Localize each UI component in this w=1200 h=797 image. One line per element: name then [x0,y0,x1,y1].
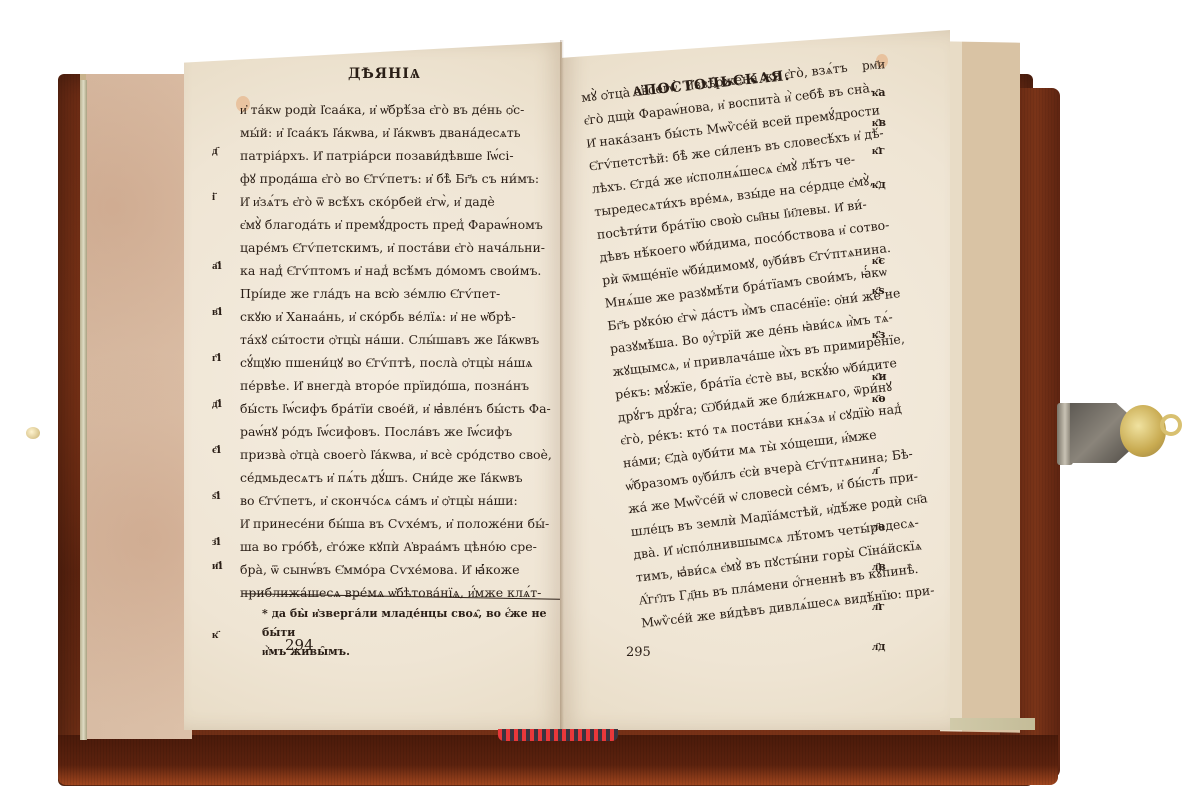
text-line: ка над̾ Є҆гѵ́птомъ и҆ над̾ всѣ́мъ до́мом… [240,259,560,282]
verse-number: к҃в [872,116,886,129]
text-line: Прі́иде же гла́дъ на всю̀ зе́млю Є҆гѵ́пе… [240,282,560,305]
verse-number: ѕ҃і [212,489,220,502]
verse-number: л҃г [872,600,885,613]
verse-number: к҃г [872,144,885,157]
text-line: є҆мꙋ̀ благода́ть и҆ премꙋ́дрость пред̾ Ф… [240,213,560,236]
right-page-text: мꙋ̀ ѻ҆тца̀ своегѡ̀. И҆звѣ́ржена же є҆го̀… [580,50,960,635]
verse-number: і҃ [212,190,215,203]
clasp-ring [1160,414,1182,436]
text-line: фꙋ прода́ша є҆го̀ во Є҆гѵ́петъ: и҆ бѣ̀ Б… [240,167,560,190]
left-page-number: 294 [285,636,314,654]
text-line: бы́сть І҆ѡ́сифъ бра́тїи свое́й, и҆ ꙗ҆вле… [240,397,560,420]
text-line: во Є҆гѵ́петъ, и҆ скончა́сѧ са́мъ и҆ ѻ҆тц… [240,489,560,512]
text-line: се́дмьдесѧтъ и҆ пѧ́ть дꙋ́шъ. Сни́де же І… [240,466,560,489]
verse-number: к҃ѕ [872,284,885,297]
right-page-edges [940,41,1020,732]
verse-number: к҃ [212,628,218,641]
text-line: пе́рвѣе. И҆ внегда̀ второ́е прїидо́ша, п… [240,374,560,397]
verse-number: л҃а [872,520,885,533]
text-line: И҆ принесе́ни бы́ша въ Сѵхе́мъ, и҆ полож… [240,512,560,535]
verse-number: л҃в [872,560,886,573]
text-line: царе́мъ Є҆гѵ́петскимъ, и҆ поста́ви є҆го̀… [240,236,560,259]
verse-number: є҃і [212,443,221,456]
verse-number: и҃і [212,559,223,572]
text-line: призва̀ ѻ҆тца̀ своего̀ І҆а́кѡва, и҆ всѐ … [240,443,560,466]
text-line: и҆ та́кѡ родѝ І҆саа́ка, и҆ ѡ҆брѣ́за є҆го… [240,98,560,121]
verse-number: а҃і [212,259,222,272]
left-running-head: ДѢЯНІѦ [348,66,421,83]
verse-number: к҃ѳ [872,392,886,405]
verse-number: л҃ [872,464,878,477]
verse-number: д҃ [212,144,218,157]
text-line: патріа́рхъ. И҆ патріа́рси позави́дѣвше І… [240,144,560,167]
verse-number: к҃з [872,328,885,341]
text-line: мы́й: и҆ І҆саа́къ І҆а́кѡва, и҆ І҆а́кѡвъ … [240,121,560,144]
verse-number: к҃и [872,370,887,383]
verse-number: л҃д [872,640,886,653]
verse-number: в҃і [212,305,222,318]
verse-number: з҃і [212,535,221,548]
left-page-edges [80,74,192,739]
verse-number: г҃і [212,351,221,364]
clasp-pin [26,427,40,439]
text-line: ша во гро́бѣ, є҆го́же кꙋпѝ А҆враа́мъ цѣн… [240,535,560,558]
verse-number: к҃є [872,254,885,267]
text-line: сꙋ́щꙋю пшени́цꙋ во Є҆гѵ́птѣ, посла̀ ѻ҆тц… [240,351,560,374]
right-page-number: 295 [626,645,651,660]
clasp-brass-knob [1120,405,1166,457]
text-line: раѡ́нꙋ ро́дъ І҆ѡ́сифовъ. Посла́въ же І҆ѡ… [240,420,560,443]
text-line: та́хꙋ сы́тости ѻ҆тцы̀ на́ши. Слы́шавъ же… [240,328,560,351]
text-line: скꙋю и҆ Ханаа́нь, и҆ ско́рбь ве́лїѧ: и҆ … [240,305,560,328]
text-line: бра̀, ѿ сынѡ́въ Є҆ммо́ра Сѵхе́мова. И҆ ꙗ… [240,558,560,581]
text-line: приближа́шесѧ вре́мѧ ѡ҆бѣтова́нїѧ, и҆́мж… [240,581,560,604]
verse-number: д҃і [212,397,222,410]
left-page-text: и҆ та́кѡ родѝ І҆саа́ка, и҆ ѡ҆брѣ́за є҆го… [240,98,560,604]
photo-scene: ДѢЯНІѦ и҆ та́кѡ родѝ І҆саа́ка, и҆ ѡ҆брѣ́… [0,0,1200,797]
text-line: И҆ и҆зѧ́тъ є҆го̀ ѿ всѣ́хъ ско́рбей є҆гѡ̀… [240,190,560,213]
verse-number: к҃а [872,86,885,99]
verse-number: к҃д [872,178,886,191]
velvet-cover-bottom-edge [58,735,1058,785]
left-gilt-edge [80,80,87,740]
headband [498,729,618,741]
